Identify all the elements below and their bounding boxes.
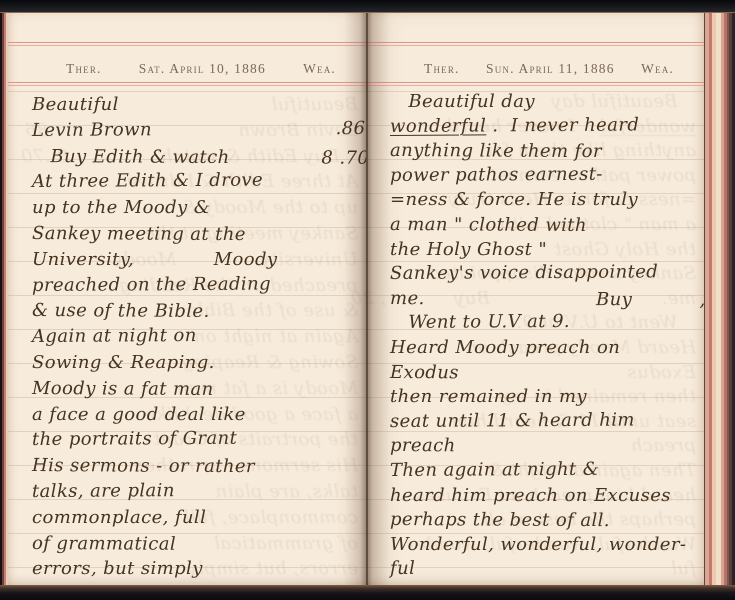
handwriting-right: Beautiful daywonderful . I never heardan… [390,90,696,582]
handwriting-segment: At three Edith & I drove [32,170,263,192]
handwriting-line: errors, but simply [32,556,358,582]
handwriting-line: wonderful . I never heard [390,113,696,139]
handwriting-line: Wonderful, wonderful, wonder- [390,533,696,558]
handwriting-segment: of grammatical [32,533,176,555]
handwriting-line: Sankey meeting at the [32,221,358,249]
page-edges-left [0,13,8,585]
handwriting-segment: the portraits of Grant [32,428,237,450]
handwriting-segment: Buy Edith & watch 8 .70 [32,146,369,169]
handwriting-line: Sankey's voice disappointed [390,260,696,286]
rule-line [366,85,704,86]
handwriting-line: Heard Moody preach on [390,336,696,361]
handwriting-line: a man " clothed with [390,213,696,239]
book-cover-bottom-edge [0,585,735,600]
diary-page-left: Ther. Sat. April 10, 1886 Wea. Beautiful… [8,13,366,585]
handwriting-segment: University, Moody [32,249,277,270]
handwriting-segment: Exodus [390,362,459,383]
handwriting-segment: seat until 11 & heard him [390,409,635,431]
handwriting-segment: preach [390,435,456,456]
wea-label: Wea. [303,61,336,77]
handwriting-line: power pathos earnest- [390,162,696,188]
handwriting-line: Again at night on [32,322,358,350]
rule-line [8,82,366,83]
handwriting-line: Then again at night & [390,457,696,483]
handwriting-segment: then remained in my [390,386,587,407]
handwriting-segment: Heard Moody preach on [390,337,620,358]
rule-line [8,45,366,46]
page-edges-right [704,13,735,585]
handwriting-line: the portraits of Grant [32,425,358,453]
handwriting-segment: Sankey's voice disappointed [390,262,658,285]
handwriting-segment: Levin Brown .86 [32,118,366,141]
handwriting-line: a face a good deal like [32,402,358,428]
handwriting-line: the Holy Ghost " [390,238,696,263]
handwriting-segment: commonplace, full [32,507,206,528]
book-cover-top-edge [0,0,735,13]
handwriting-line: ful [390,555,696,581]
handwriting-segment: Then again at night & [390,459,599,481]
handwriting-segment: Went to U.V at 9. [390,311,570,333]
handwriting-line: up to the Moody & [32,195,358,221]
handwriting-segment: Beautiful [32,94,119,115]
handwriting-line: Sowing & Reaping. [32,350,358,376]
handwriting-segment: Again at night on [32,325,197,347]
rule-line [366,42,704,43]
handwriting-segment: Sowing & Reaping. [32,352,215,373]
handwriting-line: heard him preach on Excuses [390,484,696,509]
printed-header-right: Ther. Sun. April 11, 1886 Wea. [366,59,704,79]
handwriting-segment: Wonderful, wonderful, wonder- [390,534,686,555]
handwriting-left: BeautifulLevin Brown .86 Buy Edith & wat… [32,92,358,582]
handwriting-line: At three Edith & I drove [32,167,358,195]
handwriting-line: of grammatical [32,531,358,559]
date-label: Sat. April 10, 1886 [139,61,266,77]
handwriting-segment: . I never heard [486,114,639,136]
handwriting-line: then remained in my [390,385,696,410]
handwriting-segment: Beautiful day [390,91,535,112]
handwriting-segment: anything like them for [390,140,602,162]
handwriting-segment: His sermons - or rather [32,455,255,477]
rule-line [8,42,366,43]
handwriting-segment: & use of the Bible. [32,300,210,322]
handwriting-segment: a man " clothed with [390,214,587,236]
ther-label: Ther. [424,61,460,77]
handwriting-segment: the Holy Ghost " [390,239,547,260]
handwriting-segment: Moody is a fat man [32,378,214,400]
handwriting-line: Beautiful day [390,90,696,115]
handwriting-line: Levin Brown .86 [32,116,358,144]
rule-line [366,45,704,46]
rule-line [8,85,366,86]
handwriting-line: perhaps the best of all. [390,508,696,534]
handwriting-segment: errors, but simply [32,558,203,579]
date-label: Sun. April 11, 1886 [486,61,615,77]
wea-label: Wea. [641,61,674,77]
handwriting-line: Beautiful [32,92,358,118]
handwriting-line: talks, are plain [32,477,358,505]
handwriting-line: commonplace, full [32,505,358,531]
handwriting-segment: perhaps the best of all. [390,509,610,531]
handwriting-segment: power pathos earnest- [390,163,603,185]
diary-page-right: Ther. Sun. April 11, 1886 Wea. Beautiful… [366,13,704,585]
handwriting-segment: heard him preach on Excuses [390,485,671,506]
diary-photo: Ther. Sat. April 10, 1886 Wea. Beautiful… [0,0,735,600]
handwriting-segment: up to the Moody & [32,197,210,218]
handwriting-line: University, Moody [32,247,358,273]
printed-header-left: Ther. Sat. April 10, 1886 Wea. [8,59,366,79]
handwriting-segment: preached on the Reading [32,273,271,295]
handwriting-line: =ness & force. He is truly [390,188,696,213]
handwriting-segment: ful [390,558,415,579]
handwriting-line: seat until 11 & heard him [390,408,696,434]
handwriting-segment: me. Buy , 20 [390,288,735,311]
handwriting-segment: a face a good deal like [32,404,246,425]
handwriting-line: Went to U.V at 9. [390,309,696,335]
handwriting-segment: talks, are plain [32,480,175,502]
handwriting-segment: =ness & force. He is truly [390,189,638,210]
handwriting-line: Exodus [390,361,696,387]
handwriting-line: preached on the Reading [32,271,358,299]
handwriting-line: Moody is a fat man [32,376,358,404]
handwriting-segment: wonderful [390,115,486,137]
ther-label: Ther. [66,61,102,77]
handwriting-segment: Sankey meeting at the [32,223,246,245]
rule-line [366,82,704,83]
